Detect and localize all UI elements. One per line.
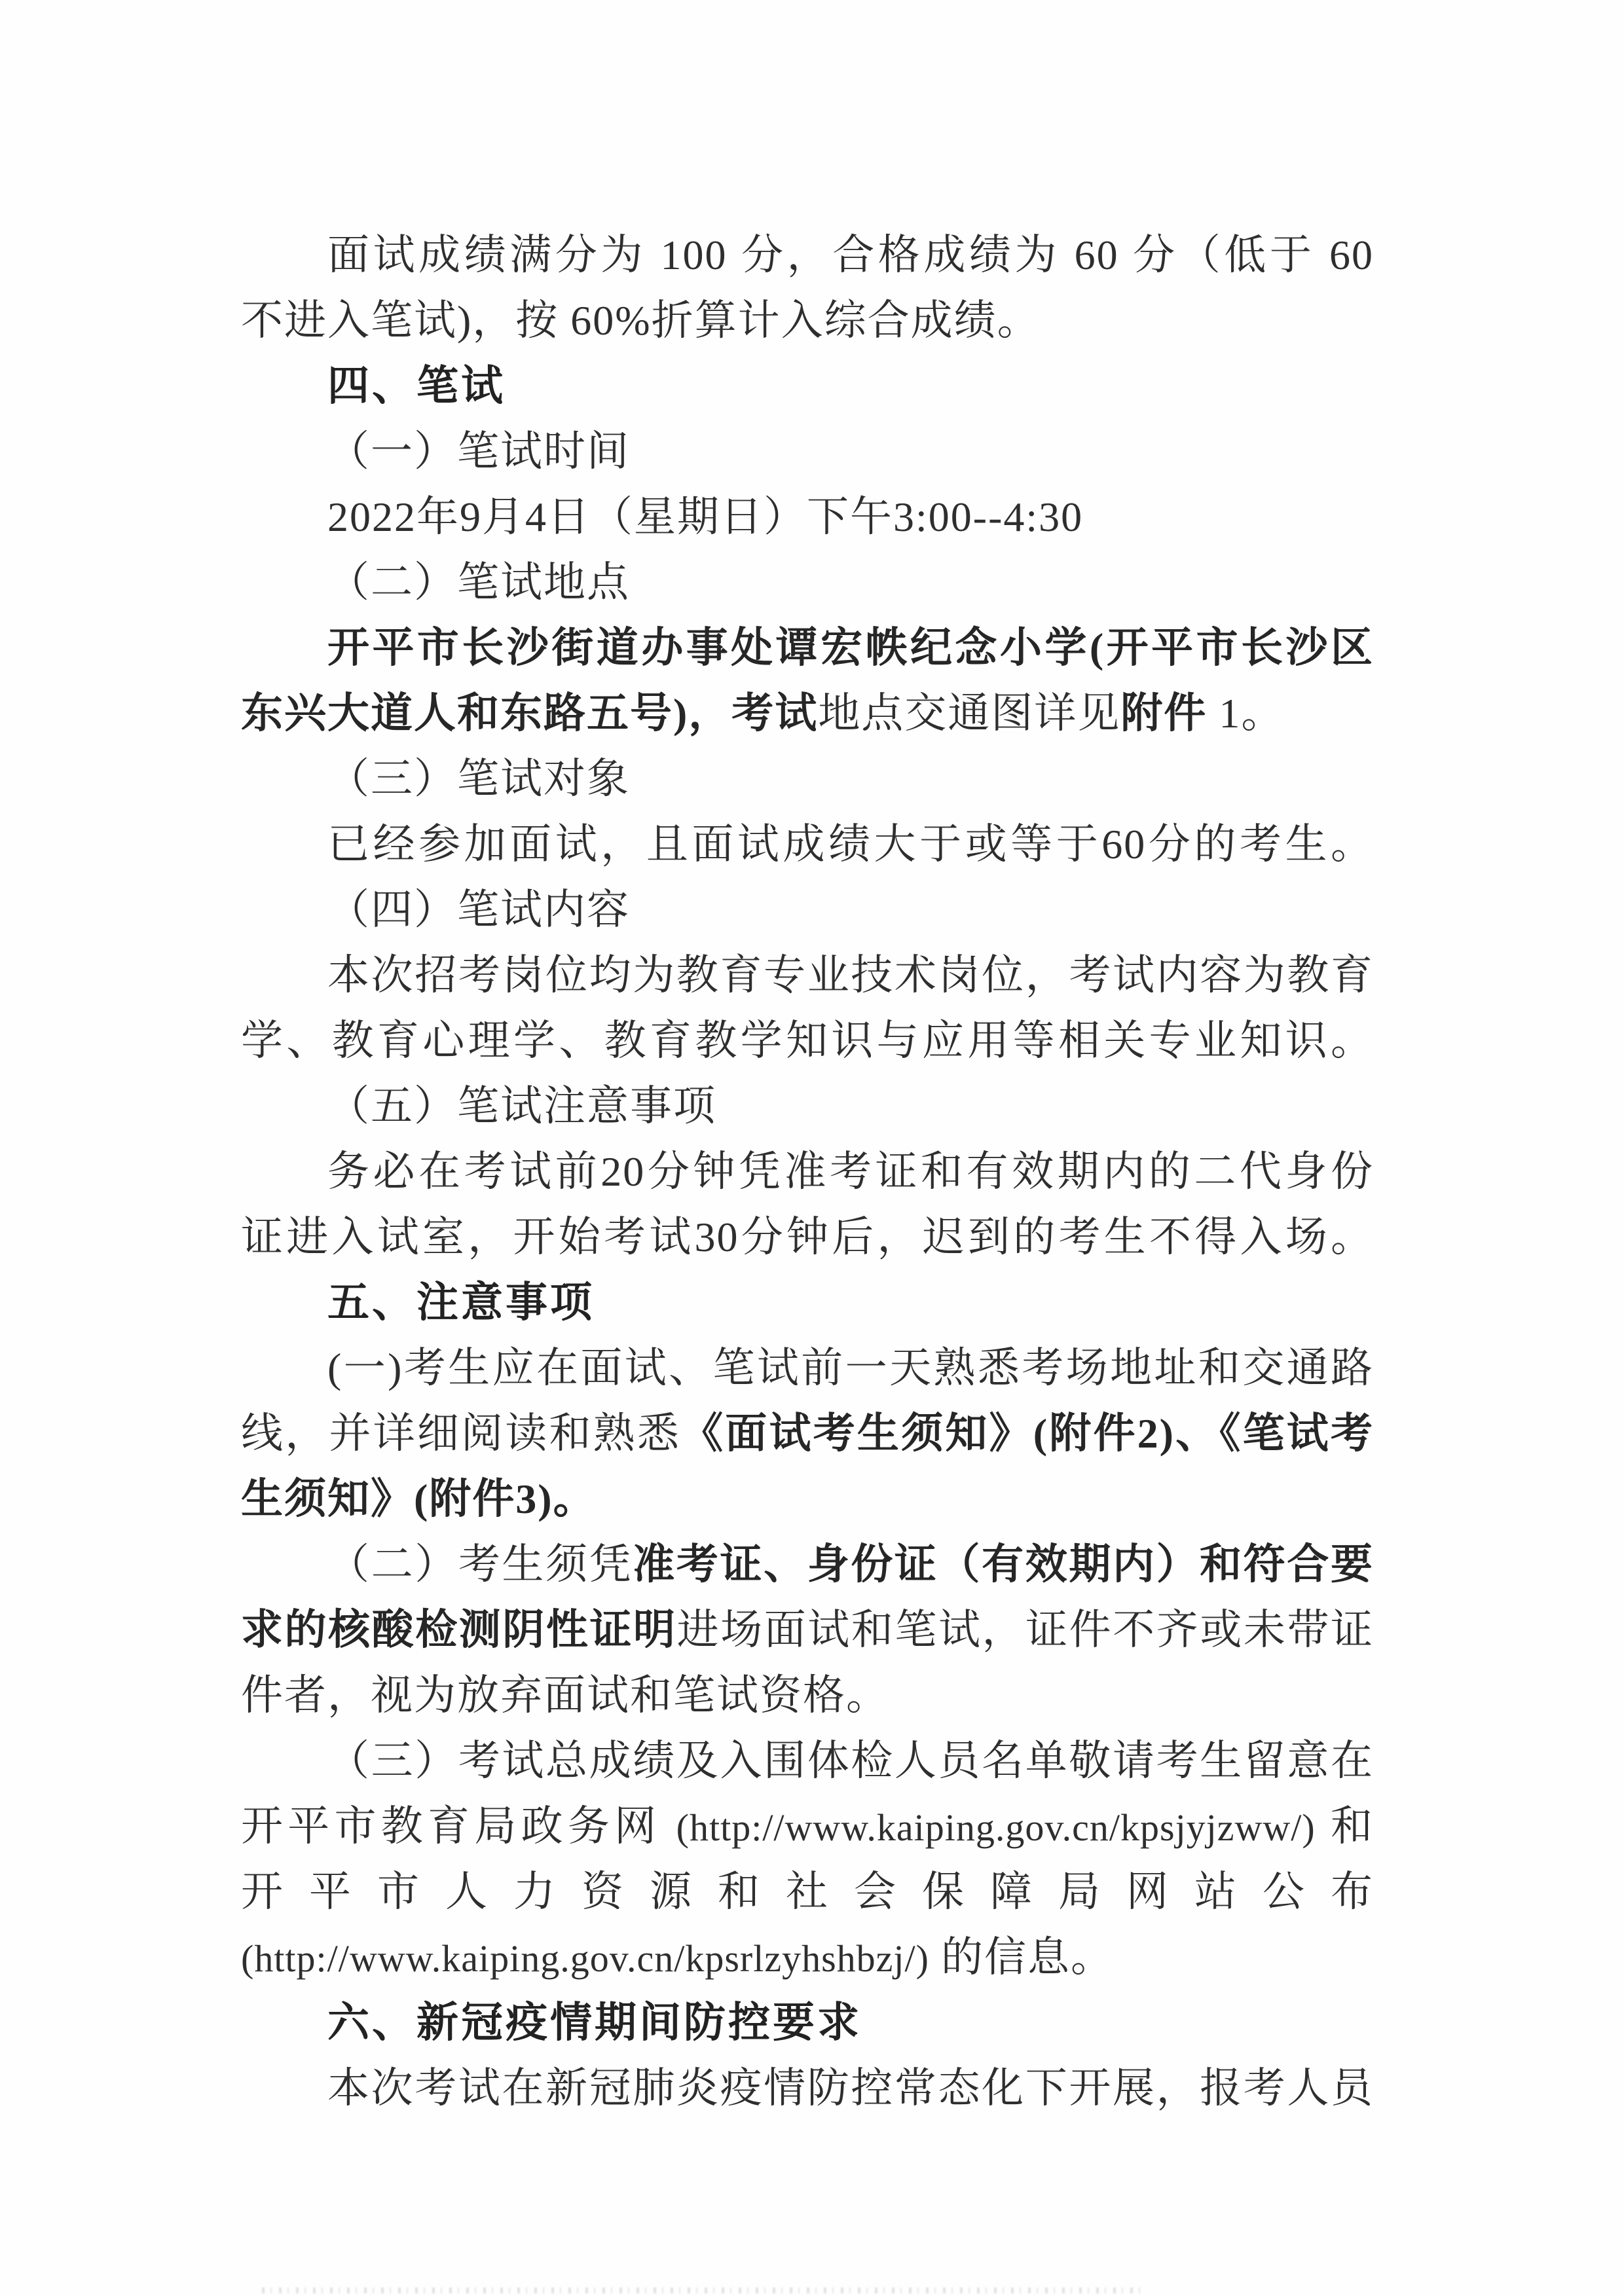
text-run: 不进入笔试)，按 60%折算计入综合成绩。 xyxy=(241,297,1041,344)
text-run: 面试成绩满分为 100 分，合格成绩为 60 分（低于 60 分 xyxy=(241,232,1374,288)
bold-text-run: 生须知》(附件3)。 xyxy=(241,1476,597,1522)
text-run: 件者，视为放弃面试和笔试资格。 xyxy=(241,1672,889,1719)
text-run: 务必在考试前20分钟凭准考证和有效期内的二代身份 xyxy=(327,1148,1374,1195)
document-body: 面试成绩满分为 100 分，合格成绩为 60 分（低于 60 分 不进入笔试)，… xyxy=(241,223,1374,2121)
subheading-written-test-notes: （五）笔试注意事项 xyxy=(241,1074,1374,1139)
heading-section-4-written-test: 四、笔试 xyxy=(241,354,1374,419)
para-note-1-line-2: 线，并详细阅读和熟悉《面试考生须知》(附件2)、《笔试考 xyxy=(241,1401,1374,1467)
para-written-test-location-line-2: 东兴大道人和东路五号)，考试地点交通图详见附件 1。 xyxy=(241,681,1374,746)
text-run: 的信息。 xyxy=(929,1934,1114,1980)
heading-section-6-covid: 六、新冠疫情期间防控要求 xyxy=(241,1990,1374,2056)
text-run: 进场面试和笔试，证件不齐或未带证 xyxy=(677,1607,1374,1653)
scanned-document-page: 面试成绩满分为 100 分，合格成绩为 60 分（低于 60 分 不进入笔试)，… xyxy=(0,0,1624,2296)
para-interview-score-line-2: 不进入笔试)，按 60%折算计入综合成绩。 xyxy=(241,288,1374,354)
text-run: 和 xyxy=(1316,1803,1374,1850)
text-run: 证进入试室，开始考试30分钟后，迟到的考生不得入场。 xyxy=(241,1214,1374,1260)
para-covid-intro: 本次考试在新冠肺炎疫情防控常态化下开展，报考人员 xyxy=(241,2056,1374,2121)
para-written-test-candidates: 已经参加面试，且面试成绩大于或等于60分的考生。 xyxy=(241,812,1374,877)
bold-text-run: 附件 xyxy=(1120,690,1207,737)
bold-text-run: 《面试考生须知》(附件2)、《笔试考 xyxy=(681,1410,1374,1457)
bold-text-run: 准考证、身份证（有效期内）和符合要 xyxy=(633,1541,1374,1588)
subheading-written-test-content: （四）笔试内容 xyxy=(241,877,1374,943)
para-note-2-line-3: 件者，视为放弃面试和笔试资格。 xyxy=(241,1663,1374,1728)
text-run: （三）笔试对象 xyxy=(327,756,630,802)
para-note-2-line-1: （二）考生须凭准考证、身份证（有效期内）和符合要 xyxy=(241,1532,1374,1597)
text-run: （三）考试总成绩及入围体检人员名单敬请考生留意在 xyxy=(327,1738,1374,1784)
text-run: 学、教育心理学、教育教学知识与应用等相关专业知识。 xyxy=(241,1017,1374,1064)
para-interview-score-line-1: 面试成绩满分为 100 分，合格成绩为 60 分（低于 60 分 xyxy=(241,223,1374,288)
text-run: （二）笔试地点 xyxy=(327,559,630,606)
para-note-3-line-1: （三）考试总成绩及入围体检人员名单敬请考生留意在 xyxy=(241,1728,1374,1794)
text-run: 2022年9月4日（星期日）下午3:00--4:30 xyxy=(327,494,1083,540)
para-note-2-line-2: 求的核酸检测阴性证明进场面试和笔试，证件不齐或未带证 xyxy=(241,1597,1374,1663)
text-run: 开平市人力资源和社会保障局网站公布 xyxy=(241,1868,1374,1915)
para-note-3-line-4: (http://www.kaiping.gov.cn/kpsrlzyhshbzj… xyxy=(241,1925,1374,1990)
para-written-test-notes-line-2: 证进入试室，开始考试30分钟后，迟到的考生不得入场。 xyxy=(241,1205,1374,1270)
text-run: 1。 xyxy=(1207,690,1284,737)
para-note-1-line-3: 生须知》(附件3)。 xyxy=(241,1467,1374,1532)
text-run: （二）考生须凭 xyxy=(327,1541,633,1588)
text-run: 已经参加面试，且面试成绩大于或等于60分的考生。 xyxy=(327,821,1374,867)
subheading-written-test-time: （一）笔试时间 xyxy=(241,419,1374,484)
heading-text: 四、笔试 xyxy=(327,362,506,410)
bold-text-run: 求的核酸检测阴性证明 xyxy=(241,1607,677,1653)
url-text: (http://www.kaiping.gov.cn/kpsjyjzww/) xyxy=(676,1806,1316,1849)
heading-text: 六、新冠疫情期间防控要求 xyxy=(327,1999,862,2047)
text-run: 线，并详细阅读和熟悉 xyxy=(241,1410,681,1457)
para-written-test-content-line-1: 本次招考岗位均为教育专业技术岗位，考试内容为教育 xyxy=(241,943,1374,1008)
para-written-test-content-line-2: 学、教育心理学、教育教学知识与应用等相关专业知识。 xyxy=(241,1008,1374,1074)
heading-section-5-notes: 五、注意事项 xyxy=(241,1270,1374,1336)
bold-text-run: 东兴大道人和东路五号)，考试 xyxy=(241,690,818,737)
url-text: (http://www.kaiping.gov.cn/kpsrlzyhshbzj… xyxy=(241,1937,929,1980)
text-run: （四）笔试内容 xyxy=(327,886,630,933)
text-run: 本次招考岗位均为教育专业技术岗位，考试内容为教育 xyxy=(327,952,1374,998)
para-note-3-line-2: 开平市教育局政务网 (http://www.kaiping.gov.cn/kps… xyxy=(241,1794,1374,1859)
para-written-test-location-line-1: 开平市长沙街道办事处谭宏帙纪念小学(开平市长沙区 xyxy=(241,615,1374,681)
subheading-written-test-location: （二）笔试地点 xyxy=(241,550,1374,615)
text-run: （一）笔试时间 xyxy=(327,428,630,475)
bold-text-run: 开平市长沙街道办事处谭宏帙纪念小学(开平市长沙区 xyxy=(327,625,1374,671)
text-run: 本次考试在新冠肺炎疫情防控常态化下开展，报考人员 xyxy=(327,2065,1374,2111)
para-written-test-notes-line-1: 务必在考试前20分钟凭准考证和有效期内的二代身份 xyxy=(241,1139,1374,1205)
heading-text: 五、注意事项 xyxy=(327,1279,595,1327)
text-run: 开平市教育局政务网 xyxy=(241,1803,676,1850)
para-written-test-datetime: 2022年9月4日（星期日）下午3:00--4:30 xyxy=(241,484,1374,550)
text-run: （五）笔试注意事项 xyxy=(327,1083,716,1129)
text-run: 地点交通图详见 xyxy=(818,690,1120,737)
subheading-written-test-candidates: （三）笔试对象 xyxy=(241,746,1374,812)
text-run: (一)考生应在面试、笔试前一天熟悉考场地址和交通路 xyxy=(327,1345,1374,1391)
para-note-1-line-1: (一)考生应在面试、笔试前一天熟悉考场地址和交通路 xyxy=(241,1336,1374,1401)
para-note-3-line-3: 开平市人力资源和社会保障局网站公布 xyxy=(241,1859,1374,1925)
page-edge-artifact xyxy=(262,2287,1143,2293)
